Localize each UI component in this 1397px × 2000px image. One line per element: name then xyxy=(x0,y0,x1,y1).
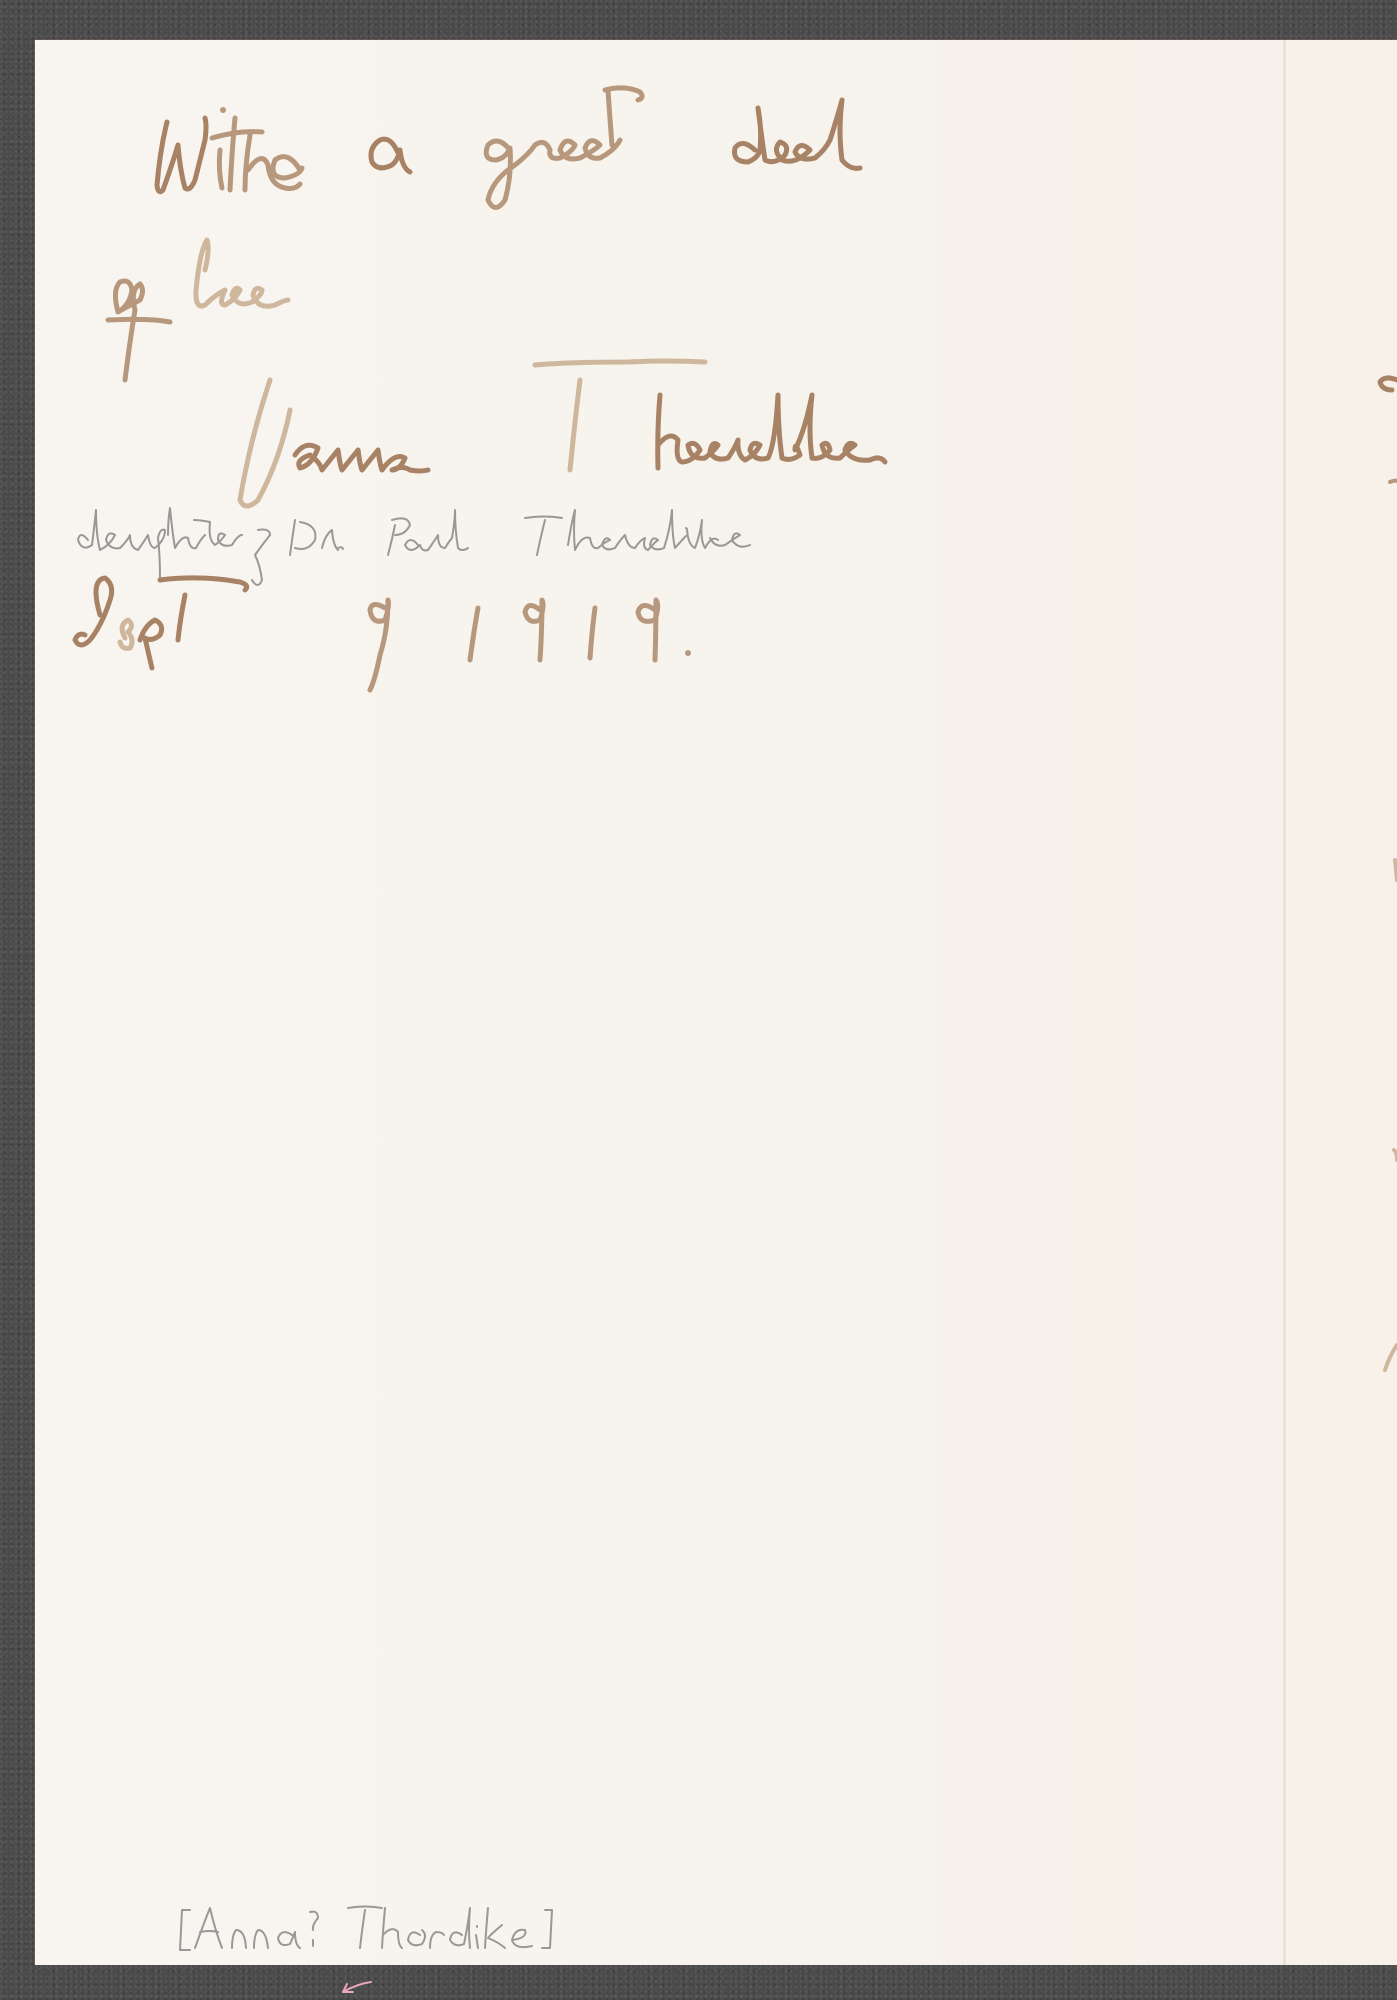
inscription-line-1: With a great deal xyxy=(150,100,1200,210)
date: Sept 9, 1919. xyxy=(75,580,695,690)
facing-page-edge xyxy=(1286,40,1397,1965)
pencil-annotation: daughter of Dr. Paul Thorndike xyxy=(75,490,995,560)
archival-note: [Anna? Thorndike] xyxy=(175,1900,625,1960)
inscription-line-2: of love xyxy=(120,250,500,360)
signature: Hanna Thorndike xyxy=(230,360,1070,490)
pink-arrow-icon xyxy=(335,1978,375,1996)
